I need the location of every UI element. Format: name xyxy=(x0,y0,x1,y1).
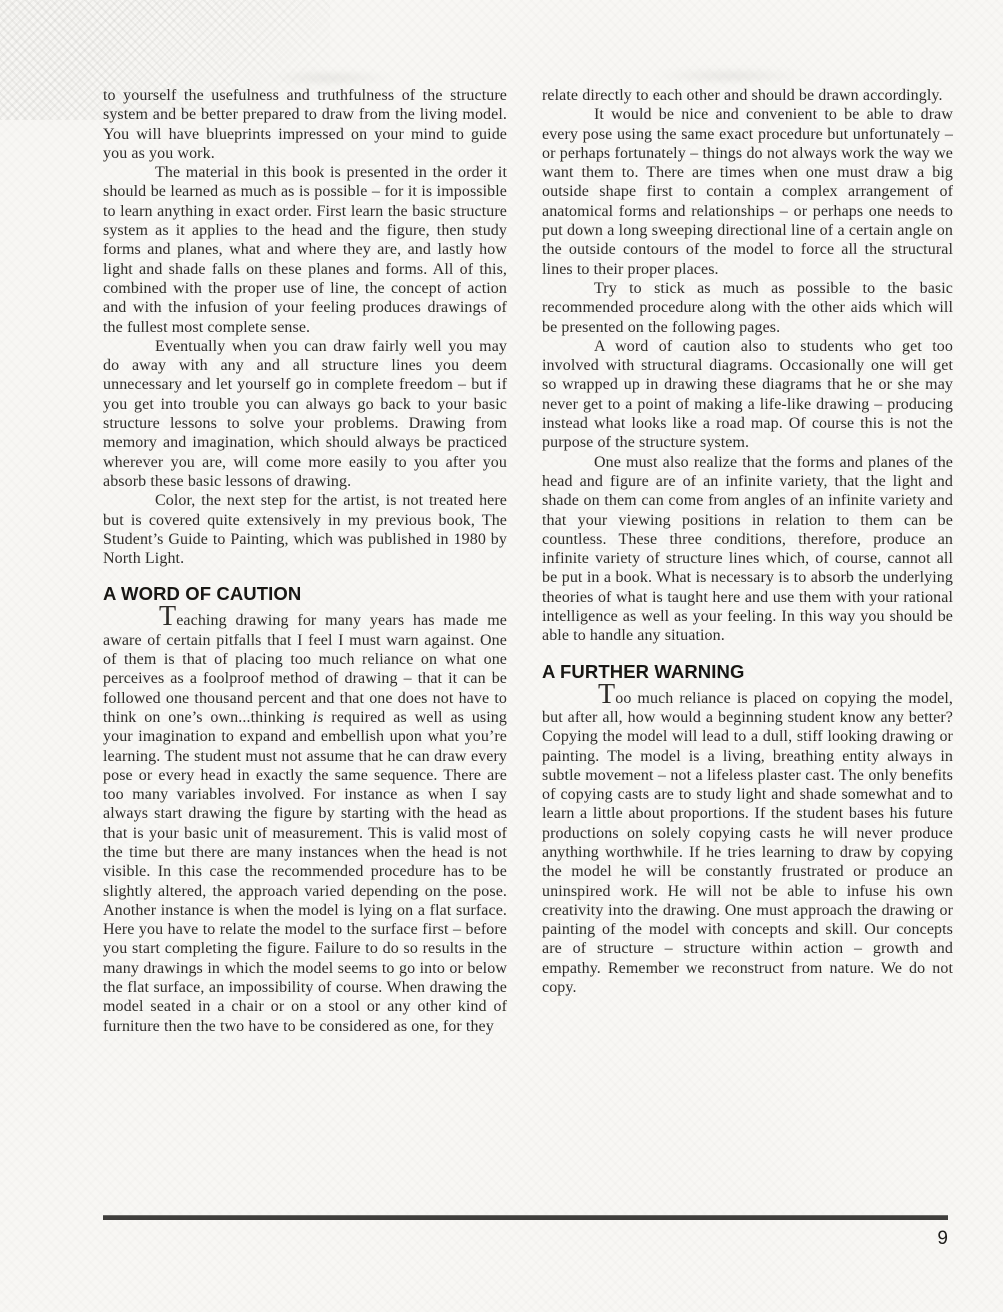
paragraph-continuation: to yourself the usefulness and truthfuln… xyxy=(103,86,507,163)
paragraph: Eventually when you can draw fairly well… xyxy=(103,337,507,491)
scan-artifact xyxy=(650,68,810,84)
italic-word: is xyxy=(313,709,324,726)
paragraph: Try to stick as much as possible to the … xyxy=(542,279,953,337)
paragraph: The material in this book is presented i… xyxy=(103,163,507,337)
scan-artifact xyxy=(265,70,395,86)
scanned-book-page: to yourself the usefulness and truthfuln… xyxy=(0,0,1003,1312)
page-number: 9 xyxy=(903,1228,948,1250)
paragraph-with-dropcap: Too much reliance is placed on copying t… xyxy=(542,689,953,998)
dropcap-letter: T xyxy=(598,679,615,710)
paragraph: It would be nice and convenient to be ab… xyxy=(542,105,953,279)
right-column: relate directly to each other and should… xyxy=(542,86,953,997)
paragraph: A word of caution also to students who g… xyxy=(542,337,953,453)
left-column: to yourself the usefulness and truthfuln… xyxy=(103,86,507,1036)
paragraph: One must also realize that the forms and… xyxy=(542,453,953,646)
paragraph-continuation: relate directly to each other and should… xyxy=(542,86,953,105)
paragraph: Color, the next step for the artist, is … xyxy=(103,491,507,568)
paragraph-text: required as well as using your imaginati… xyxy=(103,709,507,1035)
footer-rule xyxy=(103,1215,948,1220)
paragraph-with-dropcap: Teaching drawing for many years has made… xyxy=(103,611,507,1036)
dropcap-letter: T xyxy=(159,601,176,632)
paragraph-text: oo much reliance is placed on copying th… xyxy=(542,690,953,996)
